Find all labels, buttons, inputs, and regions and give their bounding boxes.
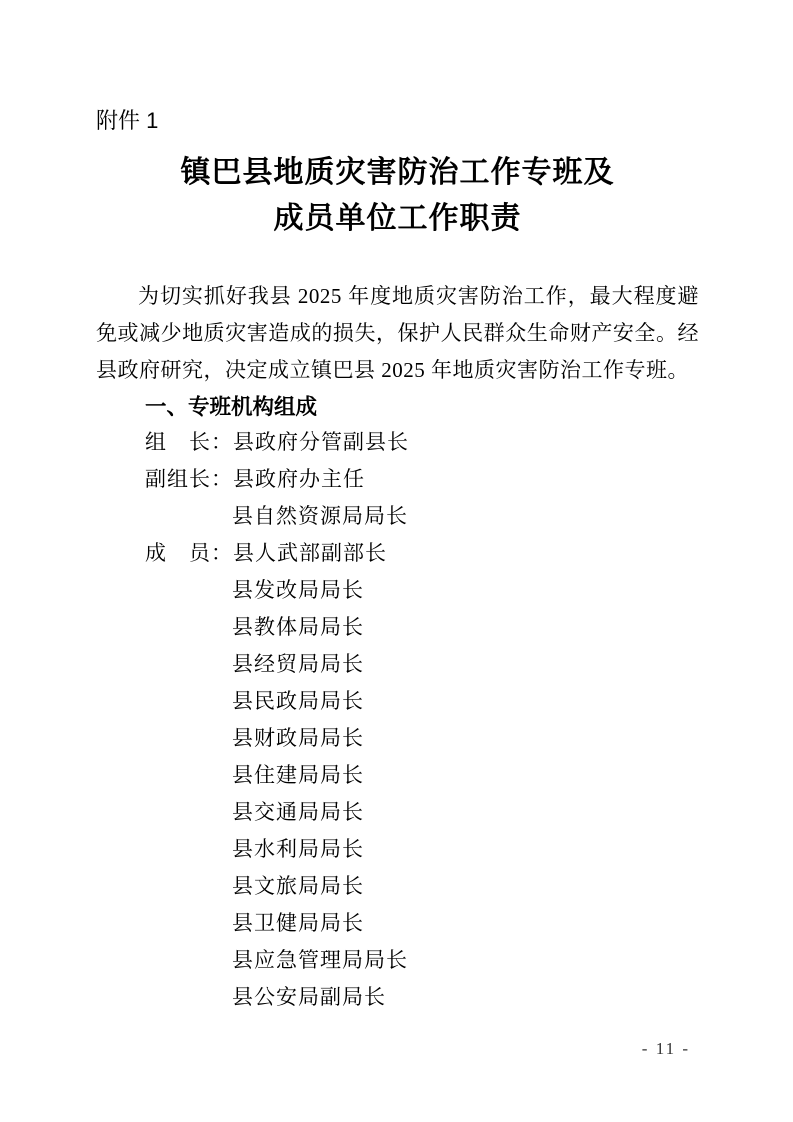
role-label xyxy=(145,979,232,1016)
role-name: 县教体局局长 xyxy=(232,609,699,646)
role-name: 县交通局局长 xyxy=(232,794,699,831)
role-label xyxy=(145,498,232,535)
role-row: 县民政局局长 xyxy=(145,683,699,720)
role-row: 县住建局局长 xyxy=(145,757,699,794)
role-row: 组 长： 县政府分管副县长 xyxy=(145,424,699,461)
role-name: 县财政局局长 xyxy=(232,720,699,757)
role-name: 县发改局局长 xyxy=(232,572,699,609)
role-name: 县政府办主任 xyxy=(233,461,699,498)
role-name: 县人武部副部长 xyxy=(233,535,699,572)
role-label xyxy=(145,831,232,868)
role-row: 县发改局局长 xyxy=(145,572,699,609)
role-label xyxy=(145,868,232,905)
role-label xyxy=(145,609,232,646)
role-row: 成 员： 县人武部副部长 xyxy=(145,535,699,572)
role-name: 县民政局局长 xyxy=(232,683,699,720)
document-title-line2: 成员单位工作职责 xyxy=(96,196,699,242)
role-name: 县自然资源局局长 xyxy=(232,498,699,535)
role-label xyxy=(145,905,232,942)
roles-list: 组 长： 县政府分管副县长 副组长： 县政府办主任 县自然资源局局长 成 员： … xyxy=(145,424,699,1016)
role-row: 县经贸局局长 xyxy=(145,646,699,683)
role-row: 县自然资源局局长 xyxy=(145,498,699,535)
role-row: 县应急管理局局长 xyxy=(145,942,699,979)
role-row: 县公安局副局长 xyxy=(145,979,699,1016)
role-row: 县教体局局长 xyxy=(145,609,699,646)
role-label xyxy=(145,572,232,609)
intro-paragraph: 为切实抓好我县 2025 年度地质灾害防治工作，最大程度避免或减少地质灾害造成的… xyxy=(96,278,699,389)
role-label xyxy=(145,794,232,831)
page-number: - 11 - xyxy=(642,1039,690,1059)
role-row: 县卫健局局长 xyxy=(145,905,699,942)
role-row: 县文旅局局长 xyxy=(145,868,699,905)
role-label xyxy=(145,720,232,757)
role-name: 县文旅局局长 xyxy=(232,868,699,905)
role-row: 县交通局局长 xyxy=(145,794,699,831)
role-name: 县经贸局局长 xyxy=(232,646,699,683)
role-name: 县水利局局长 xyxy=(232,831,699,868)
role-name: 县住建局局长 xyxy=(232,757,699,794)
role-label: 组 长： xyxy=(145,424,233,461)
role-label xyxy=(145,683,232,720)
role-name: 县卫健局局长 xyxy=(232,905,699,942)
role-label: 副组长： xyxy=(145,461,233,498)
role-name: 县应急管理局局长 xyxy=(232,942,699,979)
document-title-line1: 镇巴县地质灾害防治工作专班及 xyxy=(96,150,699,196)
role-name: 县政府分管副县长 xyxy=(233,424,699,461)
role-label: 成 员： xyxy=(145,535,233,572)
role-name: 县公安局副局长 xyxy=(232,979,699,1016)
role-label xyxy=(145,757,232,794)
role-row: 县财政局局长 xyxy=(145,720,699,757)
document-page: 附件 1 镇巴县地质灾害防治工作专班及 成员单位工作职责 为切实抓好我县 202… xyxy=(0,0,793,1122)
role-row: 县水利局局长 xyxy=(145,831,699,868)
section-heading: 一、专班机构组成 xyxy=(145,392,699,422)
attachment-label: 附件 1 xyxy=(96,106,699,136)
role-label xyxy=(145,942,232,979)
role-row: 副组长： 县政府办主任 xyxy=(145,461,699,498)
role-label xyxy=(145,646,232,683)
document-title: 镇巴县地质灾害防治工作专班及 成员单位工作职责 xyxy=(96,150,699,242)
